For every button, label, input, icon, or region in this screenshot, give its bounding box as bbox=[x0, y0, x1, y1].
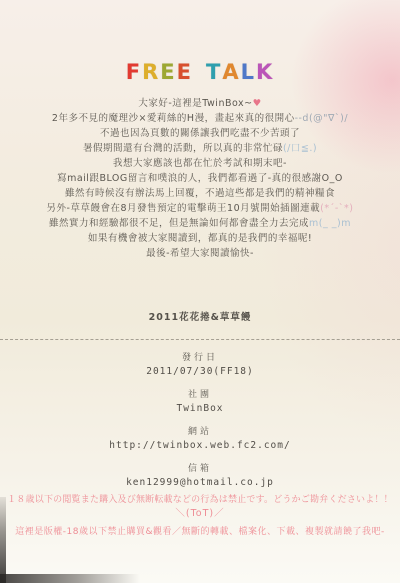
colophon-value: ken12999@hotmail.co.jp bbox=[0, 476, 400, 490]
greeting-text: 如果有機會被大家閱讀到，都真的是我們的幸福呢! bbox=[88, 233, 312, 244]
greeting-text: 大家好-這裡是TwinBox~ bbox=[138, 98, 252, 109]
emoticon-text: (*´-`*) bbox=[320, 203, 353, 214]
colophon-label: 社團 bbox=[0, 388, 400, 402]
colophon-entry: 網站http://twinbox.web.fc2.com/ bbox=[0, 425, 400, 453]
title-letter: E bbox=[160, 60, 176, 84]
greeting-line: 我想大家應該也都在忙於考試和期末吧- bbox=[0, 156, 400, 171]
greeting-text: 寫mail跟BLOG留言和噗浪的人，我們都看過了-真的很感謝O_O bbox=[57, 173, 343, 184]
warning-line-japanese: １８歳以下の閲覧また購入及び無断転載などの行為は禁止です。どうかご勘弁くださいよ… bbox=[0, 494, 400, 507]
colophon-block: 發行日2011/07/30(FF18)社團TwinBox網站http://twi… bbox=[0, 351, 400, 499]
warning-block: １８歳以下の閲覧また購入及び無断転載などの行為は禁止です。どうかご勘弁くださいよ… bbox=[0, 494, 400, 539]
greeting-line: 雖然實力和經驗都很不足，但是無論如何都會盡全力去完成m(_ _)m bbox=[0, 216, 400, 231]
colophon-entry: 發行日2011/07/30(FF18) bbox=[0, 351, 400, 379]
title-letter: T bbox=[206, 60, 222, 84]
greeting-text: 最後-希望大家閱讀愉快- bbox=[146, 248, 254, 259]
title-letter: F bbox=[126, 60, 142, 84]
warning-line-chinese: 這裡是版權-18歲以下禁止購買&觀看／無斷的轉載、檔案化、下載、複製就請饒了我吧… bbox=[0, 526, 400, 539]
greeting-line: 如果有機會被大家閱讀到，都真的是我們的幸福呢! bbox=[0, 231, 400, 246]
greeting-line: 最後-希望大家閱讀愉快- bbox=[0, 246, 400, 261]
colophon-value: 2011/07/30(FF18) bbox=[0, 365, 400, 379]
greeting-line: 雖然有時候沒有辦法馬上回覆，不過這些都是我們的精神糧食 bbox=[0, 186, 400, 201]
scan-edge-bottom bbox=[0, 574, 140, 583]
greeting-line: 不過也因為頁數的關係讓我們吃盡不少苦頭了 bbox=[0, 126, 400, 141]
colophon-label: 網站 bbox=[0, 425, 400, 439]
title-letter: K bbox=[256, 60, 274, 84]
emoticon-text: (/口≦.) bbox=[283, 143, 317, 154]
colophon-value: TwinBox bbox=[0, 402, 400, 416]
greeting-line: 2年多不見的魔理沙×愛莉絲的H漫，畫起來真的很開心--d(@"∇`)/ bbox=[0, 111, 400, 126]
title-letter: L bbox=[241, 60, 256, 84]
greeting-text-block: 大家好-這裡是TwinBox~♥2年多不見的魔理沙×愛莉絲的H漫，畫起來真的很開… bbox=[0, 96, 400, 261]
colophon-entry: 信箱ken12999@hotmail.co.jp bbox=[0, 462, 400, 490]
greeting-line: 大家好-這裡是TwinBox~♥ bbox=[0, 96, 400, 111]
greeting-line: 暑假期間還有台灣的活動，所以真的非常忙碌(/口≦.) bbox=[0, 141, 400, 156]
greeting-text: 暑假期間還有台灣的活動，所以真的非常忙碌 bbox=[83, 143, 283, 154]
emoticon-text: m(_ _)m bbox=[309, 218, 351, 229]
colophon-label: 發行日 bbox=[0, 351, 400, 365]
greeting-text: 2年多不見的魔理沙×愛莉絲的H漫，畫起來真的很開心 bbox=[52, 113, 295, 124]
free-talk-title: FREETALK bbox=[0, 60, 400, 84]
title-letter: E bbox=[177, 60, 193, 84]
greeting-text: 另外-草草饅會在8月發售預定的電擊萌王10月號開始插圖連載 bbox=[47, 203, 321, 214]
greeting-line: 寫mail跟BLOG留言和噗浪的人，我們都看過了-真的很感謝O_O bbox=[0, 171, 400, 186]
title-letter: A bbox=[222, 60, 240, 84]
doujin-afterword-page: FREETALK 大家好-這裡是TwinBox~♥2年多不見的魔理沙×愛莉絲的H… bbox=[0, 0, 400, 583]
scan-edge-left bbox=[0, 497, 6, 583]
greeting-text: 我想大家應該也都在忙於考試和期末吧- bbox=[113, 158, 287, 169]
crying-emoticon: ＼(ToT)／ bbox=[0, 507, 400, 520]
greeting-line: 另外-草草饅會在8月發售預定的電擊萌王10月號開始插圖連載(*´-`*) bbox=[0, 201, 400, 216]
colophon-entry: 社團TwinBox bbox=[0, 388, 400, 416]
colophon-value: http://twinbox.web.fc2.com/ bbox=[0, 439, 400, 453]
emoticon-text: --d(@"∇`)/ bbox=[295, 113, 348, 124]
greeting-text: 不過也因為頁數的關係讓我們吃盡不少苦頭了 bbox=[100, 128, 300, 139]
greeting-text: 雖然實力和經驗都很不足，但是無論如何都會盡全力去完成 bbox=[49, 218, 309, 229]
dashed-divider bbox=[0, 339, 400, 340]
emoticon-text: ♥ bbox=[253, 98, 262, 109]
greeting-text: 雖然有時候沒有辦法馬上回覆，不過這些都是我們的精神糧食 bbox=[65, 188, 335, 199]
credit-line: 2011花花捲&草草饅 bbox=[0, 309, 400, 323]
colophon-label: 信箱 bbox=[0, 462, 400, 476]
title-letter: R bbox=[142, 60, 160, 84]
